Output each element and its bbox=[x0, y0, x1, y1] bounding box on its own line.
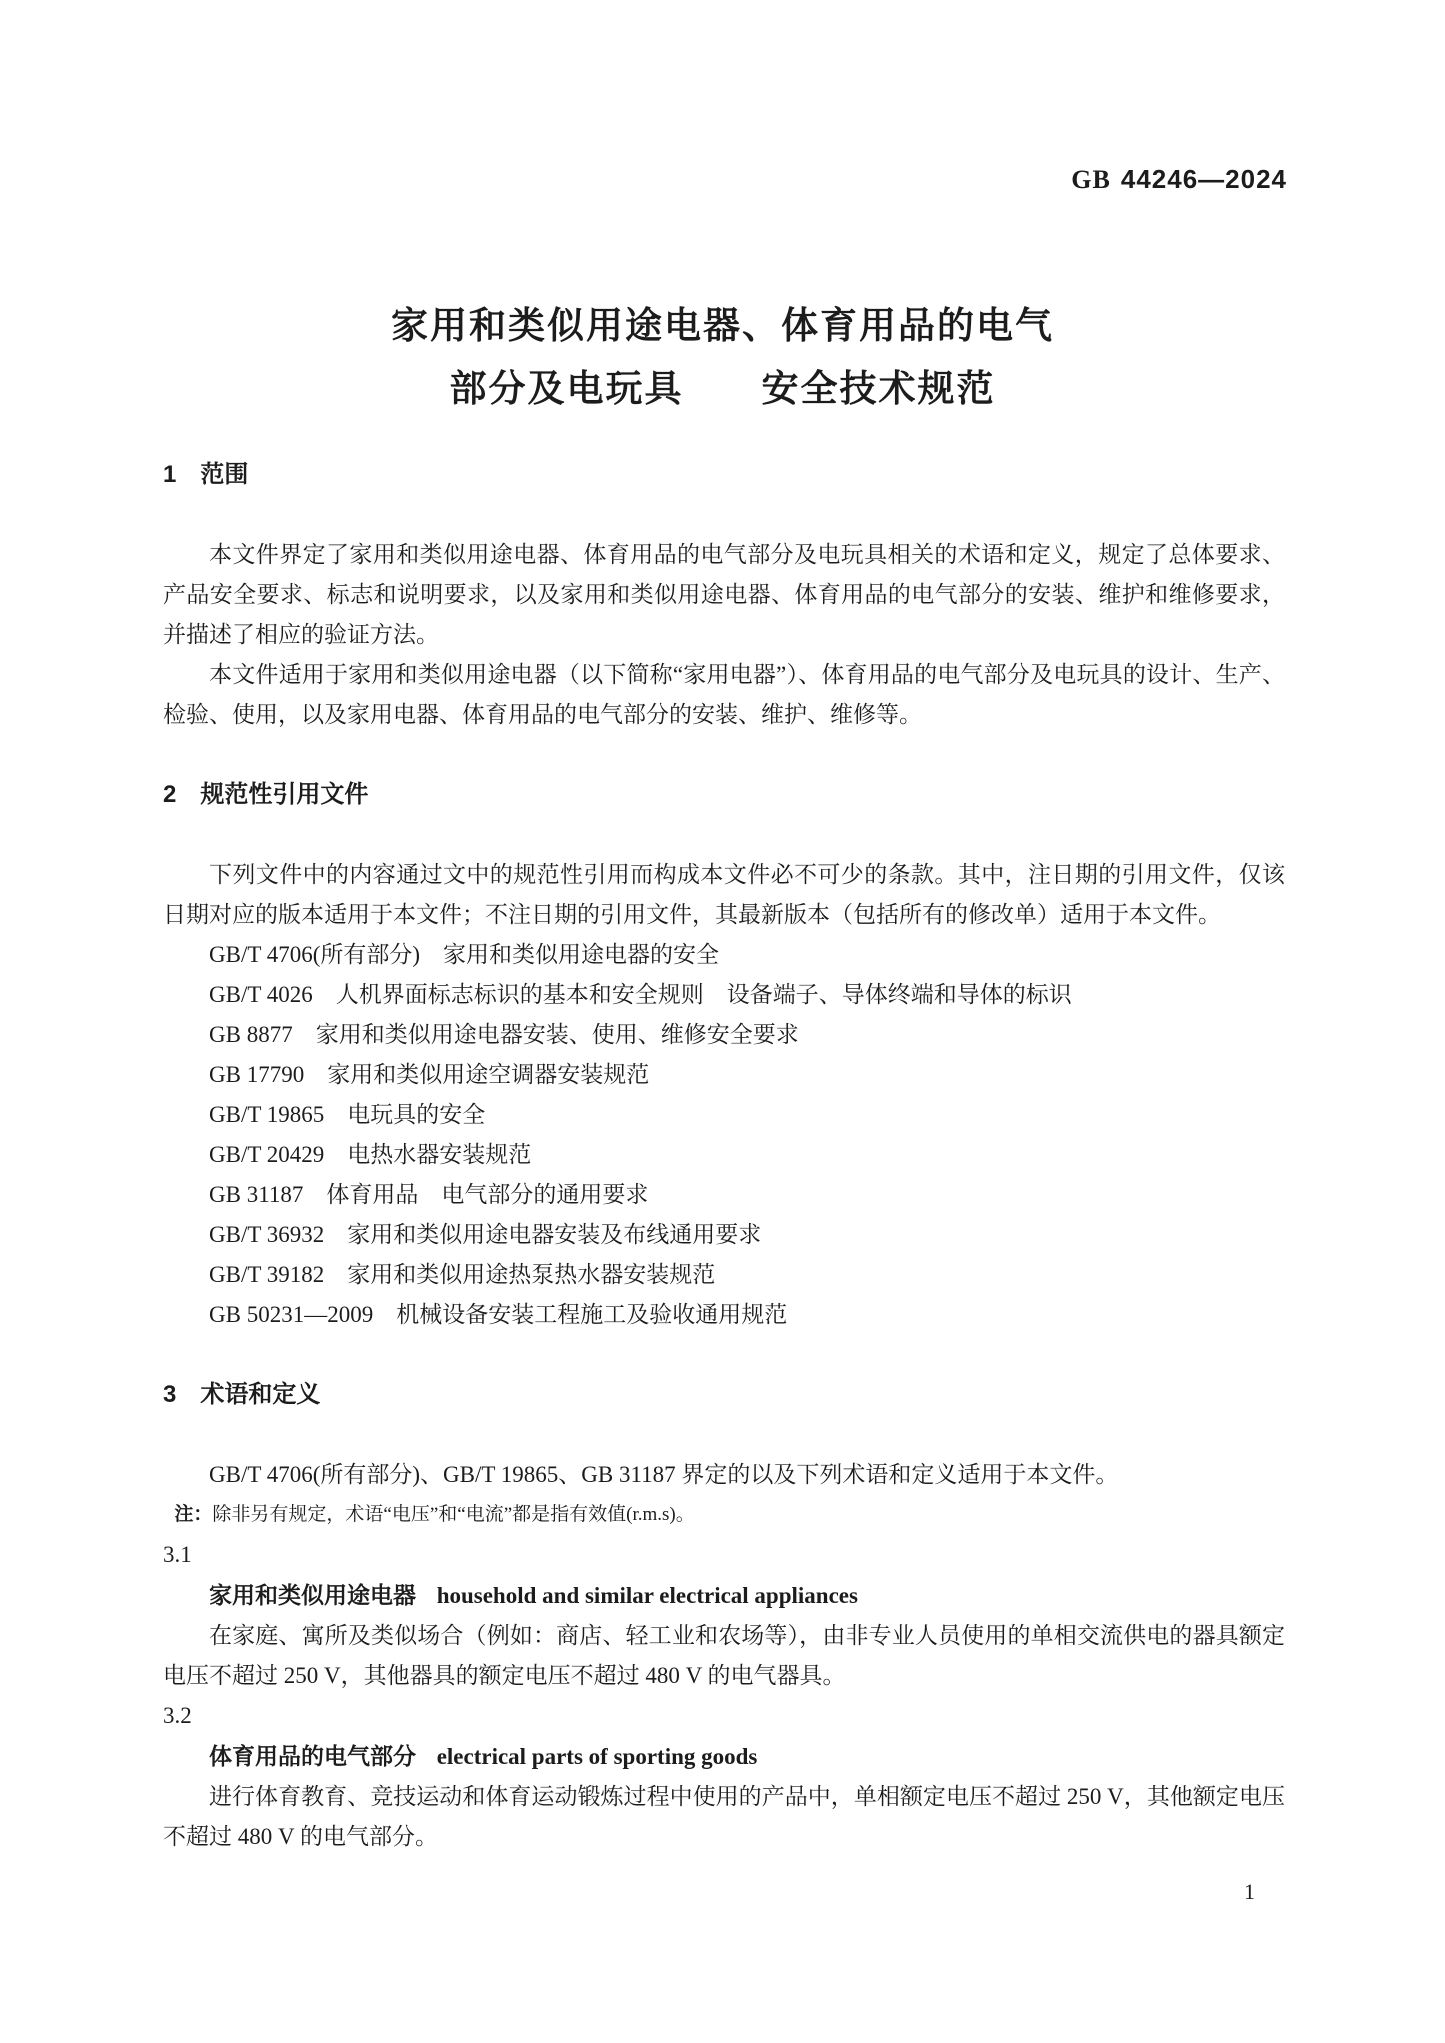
document-page: GB44246—2024 家用和类似用途电器、体育用品的电气 部分及电玩具 安全… bbox=[0, 0, 1445, 2043]
reference-item: GB 50231—2009 机械设备安装工程施工及验收通用规范 bbox=[163, 1295, 1285, 1335]
page-number: 1 bbox=[1244, 1872, 1255, 1912]
term-definition: 在家庭、寓所及类似场合（例如：商店、轻工业和农场等），由非专业人员使用的单相交流… bbox=[163, 1616, 1285, 1696]
section-2-heading: 2 规范性引用文件 bbox=[163, 775, 1285, 815]
reference-item: GB/T 4026 人机界面标志标识的基本和安全规则 设备端子、导体终端和导体的… bbox=[163, 975, 1285, 1015]
reference-item: GB 17790 家用和类似用途空调器安装规范 bbox=[163, 1055, 1285, 1095]
scope-paragraph-2: 本文件适用于家用和类似用途电器（以下简称“家用电器”）、体育用品的电气部分及电玩… bbox=[163, 655, 1285, 735]
term-name-zh: 家用和类似用途电器 bbox=[209, 1582, 416, 1608]
term-name-zh: 体育用品的电气部分 bbox=[209, 1743, 416, 1769]
document-title-line1: 家用和类似用途电器、体育用品的电气 bbox=[0, 294, 1445, 357]
reference-item: GB/T 20429 电热水器安装规范 bbox=[163, 1135, 1285, 1175]
section-3-heading: 3 术语和定义 bbox=[163, 1375, 1285, 1415]
reference-item: GB/T 39182 家用和类似用途热泵热水器安装规范 bbox=[163, 1255, 1285, 1295]
scope-paragraph-1: 本文件界定了家用和类似用途电器、体育用品的电气部分及电玩具相关的术语和定义，规定… bbox=[163, 535, 1285, 655]
reference-item: GB/T 19865 电玩具的安全 bbox=[163, 1095, 1285, 1135]
standard-number: GB44246—2024 bbox=[1071, 164, 1287, 195]
term-name-en: household and similar electrical applian… bbox=[437, 1583, 858, 1608]
standard-prefix: GB bbox=[1071, 165, 1111, 194]
note-text: 除非另有规定，术语“电压”和“电流”都是指有效值(r.m.s)。 bbox=[212, 1504, 694, 1525]
terms-intro: GB/T 4706(所有部分)、GB/T 19865、GB 31187 界定的以… bbox=[163, 1455, 1285, 1495]
reference-item: GB/T 4706(所有部分) 家用和类似用途电器的安全 bbox=[163, 935, 1285, 975]
section-1-heading: 1 范围 bbox=[163, 455, 1285, 495]
term-number: 3.1 bbox=[163, 1535, 1285, 1575]
reference-item: GB 31187 体育用品 电气部分的通用要求 bbox=[163, 1175, 1285, 1215]
document-body: 1 范围 本文件界定了家用和类似用途电器、体育用品的电气部分及电玩具相关的术语和… bbox=[163, 455, 1285, 1857]
term-number: 3.2 bbox=[163, 1696, 1285, 1736]
term-name-en: electrical parts of sporting goods bbox=[437, 1744, 758, 1769]
reference-item: GB/T 36932 家用和类似用途电器安装及布线通用要求 bbox=[163, 1215, 1285, 1255]
note-label: 注： bbox=[174, 1504, 212, 1525]
term-title: 体育用品的电气部分electrical parts of sporting go… bbox=[163, 1736, 1285, 1777]
reference-item: GB 8877 家用和类似用途电器安装、使用、维修安全要求 bbox=[163, 1015, 1285, 1055]
term-definition: 进行体育教育、竞技运动和体育运动锻炼过程中使用的产品中，单相额定电压不超过 25… bbox=[163, 1777, 1285, 1857]
terms-note: 注：除非另有规定，术语“电压”和“电流”都是指有效值(r.m.s)。 bbox=[163, 1495, 1285, 1535]
normative-refs-intro: 下列文件中的内容通过文中的规范性引用而构成本文件必不可少的条款。其中，注日期的引… bbox=[163, 855, 1285, 935]
standard-code: 44246—2024 bbox=[1121, 164, 1287, 194]
term-title: 家用和类似用途电器household and similar electrica… bbox=[163, 1575, 1285, 1616]
document-title-line2: 部分及电玩具 安全技术规范 bbox=[0, 357, 1445, 420]
document-title: 家用和类似用途电器、体育用品的电气 部分及电玩具 安全技术规范 bbox=[0, 294, 1445, 420]
